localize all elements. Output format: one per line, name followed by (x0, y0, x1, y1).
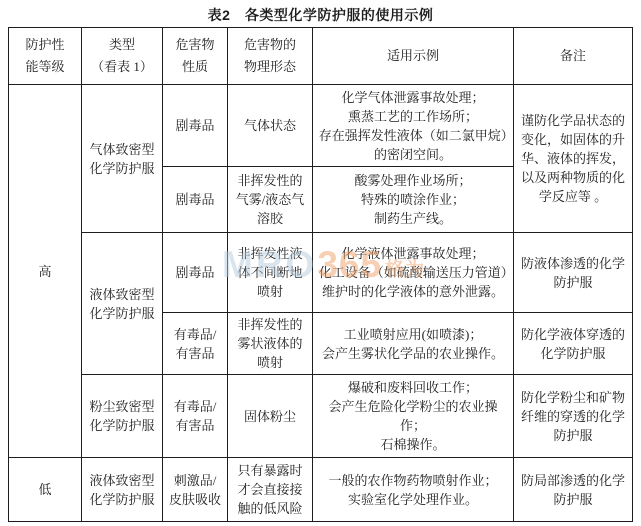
cell-note-r6: 防局部渗透的化学防护服 (514, 458, 633, 522)
cell-note-r5: 防化学粉尘和矿物纤维的穿透的化学防护服 (514, 375, 633, 458)
header-line: 防护性 (14, 34, 76, 56)
example-item: 会产生雾状化学品的农业操作。 (318, 344, 508, 363)
cell-examples-r1: 化学气体泄露事故处理； 熏蒸工艺的工作场所； 存在强挥发性液体（如二氯甲烷）的密… (313, 85, 514, 167)
header-line: 能等级 (14, 56, 76, 78)
cell-examples-r5: 爆破和废料回收工作； 会产生危险化学粉尘的农业操作； 石棉操作。 (313, 375, 514, 458)
cell-form-r5: 固体粉尘 (228, 375, 313, 458)
example-item: 存在强挥发性液体（如二氯甲烷）的密闭空间。 (318, 126, 508, 164)
cell-type-dust-tight: 粉尘致密型化学防护服 (82, 375, 163, 458)
protective-clothing-table: 防护性 能等级 类型 （看表 1） 危害物 性质 危害物的 物理形态 适用示例 … (8, 27, 633, 522)
cell-examples-r3: 化学液体泄露事故处理； 化工设备（如硫酸输送压力管道）维护时的化学液体的意外泄露… (313, 233, 514, 313)
example-item: 石棉操作。 (318, 435, 508, 454)
header-line: 危害物的 (233, 34, 307, 56)
header-line: 物理形态 (233, 56, 307, 78)
example-item: 工业喷射应用(如喷漆)； (318, 325, 508, 344)
cell-form-r3: 非挥发性液体不间断地喷射 (228, 233, 313, 313)
cell-examples-r6: 一般的农作物药物喷射作业； 实验室化学处理作业。 (313, 458, 514, 522)
header-line: 危害物 (168, 34, 222, 56)
cell-hazard-r4: 有毒品/有害品 (163, 313, 228, 375)
table-row: 低 液体致密型化学防护服 刺激品/皮肤吸收 只有暴露时才会直接接触的低风险 一般… (9, 458, 633, 522)
cell-hazard-r3: 剧毒品 (163, 233, 228, 313)
example-item: 会产生危险化学粉尘的农业操作； (318, 397, 508, 435)
cell-form-r4: 非挥发性的雾状液体的喷射 (228, 313, 313, 375)
example-item: 实验室化学处理作业。 (318, 490, 508, 509)
cell-form-r1: 气体状态 (228, 85, 313, 167)
header-type: 类型 （看表 1） (82, 28, 163, 85)
header-examples: 适用示例 (313, 28, 514, 85)
table-title: 表2 各类型化学防护服的使用示例 (0, 5, 641, 25)
cell-form-r2: 非挥发性的气雾/液态气溶胶 (228, 167, 313, 233)
cell-form-r6: 只有暴露时才会直接接触的低风险 (228, 458, 313, 522)
example-item: 化学液体泄露事故处理； (318, 244, 508, 263)
header-notes: 备注 (514, 28, 633, 85)
example-item: 特殊的喷涂作业； (318, 190, 508, 209)
header-line: 性质 (168, 56, 222, 78)
header-row: 防护性 能等级 类型 （看表 1） 危害物 性质 危害物的 物理形态 适用示例 … (9, 28, 633, 85)
cell-hazard-r6: 刺激品/皮肤吸收 (163, 458, 228, 522)
example-item: 化学气体泄露事故处理； (318, 88, 508, 107)
cell-hazard-r5: 有毒品/有害品 (163, 375, 228, 458)
cell-hazard-r2: 剧毒品 (163, 167, 228, 233)
header-hazard-nature: 危害物 性质 (163, 28, 228, 85)
cell-note-r3: 防液体渗透的化学防护服 (514, 233, 633, 313)
table-row: 液体致密型化学防护服 剧毒品 非挥发性液体不间断地喷射 化学液体泄露事故处理； … (9, 233, 633, 313)
example-item: 制药生产线。 (318, 209, 508, 228)
example-item: 化工设备（如硫酸输送压力管道）维护时的化学液体的意外泄露。 (318, 263, 508, 301)
document-page: 表2 各类型化学防护服的使用示例 防护性 能等级 类型 （看表 1） 危害物 性… (0, 0, 641, 526)
cell-note-r1: 谨防化学品状态的变化，如固体的升华、液体的挥发，以及两种物质的化学反应等 。 (514, 85, 633, 233)
example-item: 一般的农作物药物喷射作业； (318, 471, 508, 490)
cell-type-gas-tight: 气体致密型化学防护服 (82, 85, 163, 233)
cell-type-liquid-tight-low: 液体致密型化学防护服 (82, 458, 163, 522)
cell-level-high: 高 (9, 85, 82, 458)
cell-hazard-r1: 剧毒品 (163, 85, 228, 167)
example-item: 熏蒸工艺的工作场所； (318, 107, 508, 126)
cell-type-liquid-tight: 液体致密型化学防护服 (82, 233, 163, 375)
table-row: 高 气体致密型化学防护服 剧毒品 气体状态 化学气体泄露事故处理； 熏蒸工艺的工… (9, 85, 633, 167)
cell-examples-r4: 工业喷射应用(如喷漆)； 会产生雾状化学品的农业操作。 (313, 313, 514, 375)
cell-examples-r2: 酸雾处理作业场所； 特殊的喷涂作业； 制药生产线。 (313, 167, 514, 233)
example-item: 爆破和废料回收工作； (318, 378, 508, 397)
table-row: 粉尘致密型化学防护服 有毒品/有害品 固体粉尘 爆破和废料回收工作； 会产生危险… (9, 375, 633, 458)
example-item: 酸雾处理作业场所； (318, 171, 508, 190)
header-physical-form: 危害物的 物理形态 (228, 28, 313, 85)
header-performance-level: 防护性 能等级 (9, 28, 82, 85)
cell-note-r4: 防化学液体穿透的化学防护服 (514, 313, 633, 375)
header-line: （看表 1） (87, 56, 157, 78)
cell-level-low: 低 (9, 458, 82, 522)
header-line: 类型 (87, 34, 157, 56)
